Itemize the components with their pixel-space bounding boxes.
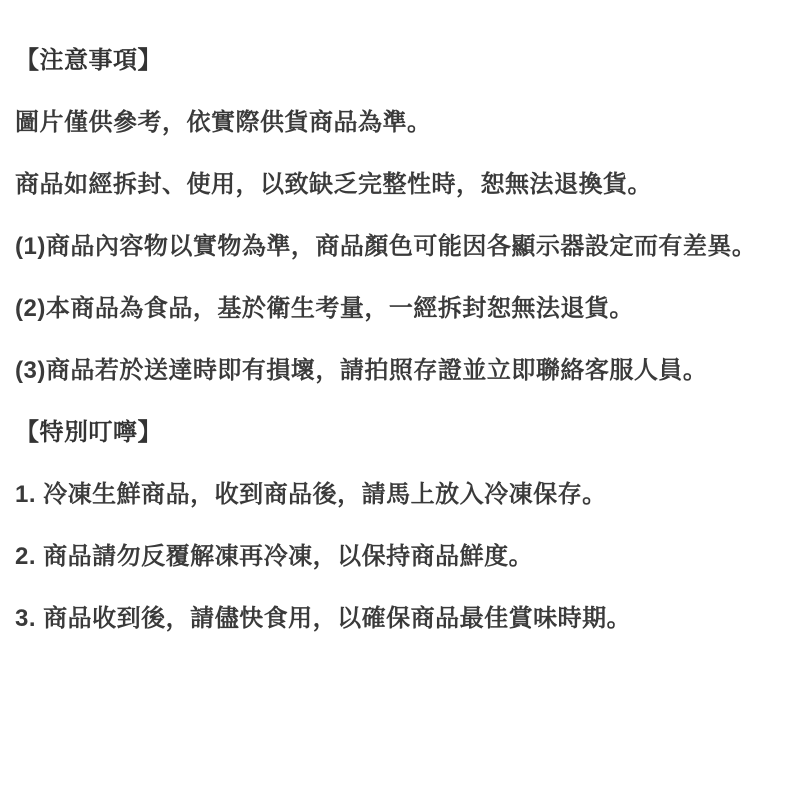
notice-line-no-return-if-opened: 商品如經拆封、使用，以致缺乏完整性時，恕無法退換貨。 bbox=[15, 172, 788, 197]
notice-line-1-color-difference: (1)商品內容物以實物為準，商品顏色可能因各顯示器設定而有差異。 bbox=[15, 234, 788, 259]
notice-section-special-reminder: 【特別叮嚀】 1. 冷凍生鮮商品，收到商品後，請馬上放入冷凍保存。 2. 商品請… bbox=[15, 420, 788, 631]
reminder-line-2-no-refreeze: 2. 商品請勿反覆解凍再冷凍，以保持商品鮮度。 bbox=[15, 544, 788, 569]
product-notice-page: 【注意事項】 圖片僅供參考，依實際供貨商品為準。 商品如經拆封、使用，以致缺乏完… bbox=[0, 0, 800, 800]
notice-line-image-reference: 圖片僅供參考，依實際供貨商品為準。 bbox=[15, 110, 788, 135]
section-heading-special-reminder: 【特別叮嚀】 bbox=[15, 420, 788, 445]
reminder-line-3-eat-soon: 3. 商品收到後，請儘快食用，以確保商品最佳賞味時期。 bbox=[15, 606, 788, 631]
notice-line-3-damage-contact-service: (3)商品若於送達時即有損壞，請拍照存證並立即聯絡客服人員。 bbox=[15, 358, 788, 383]
notice-section-attention: 【注意事項】 圖片僅供參考，依實際供貨商品為準。 商品如經拆封、使用，以致缺乏完… bbox=[15, 48, 788, 383]
notice-line-2-food-hygiene: (2)本商品為食品，基於衛生考量，一經拆封恕無法退貨。 bbox=[15, 296, 788, 321]
section-heading-attention: 【注意事項】 bbox=[15, 48, 788, 73]
reminder-line-1-freeze-on-arrival: 1. 冷凍生鮮商品，收到商品後，請馬上放入冷凍保存。 bbox=[15, 482, 788, 507]
